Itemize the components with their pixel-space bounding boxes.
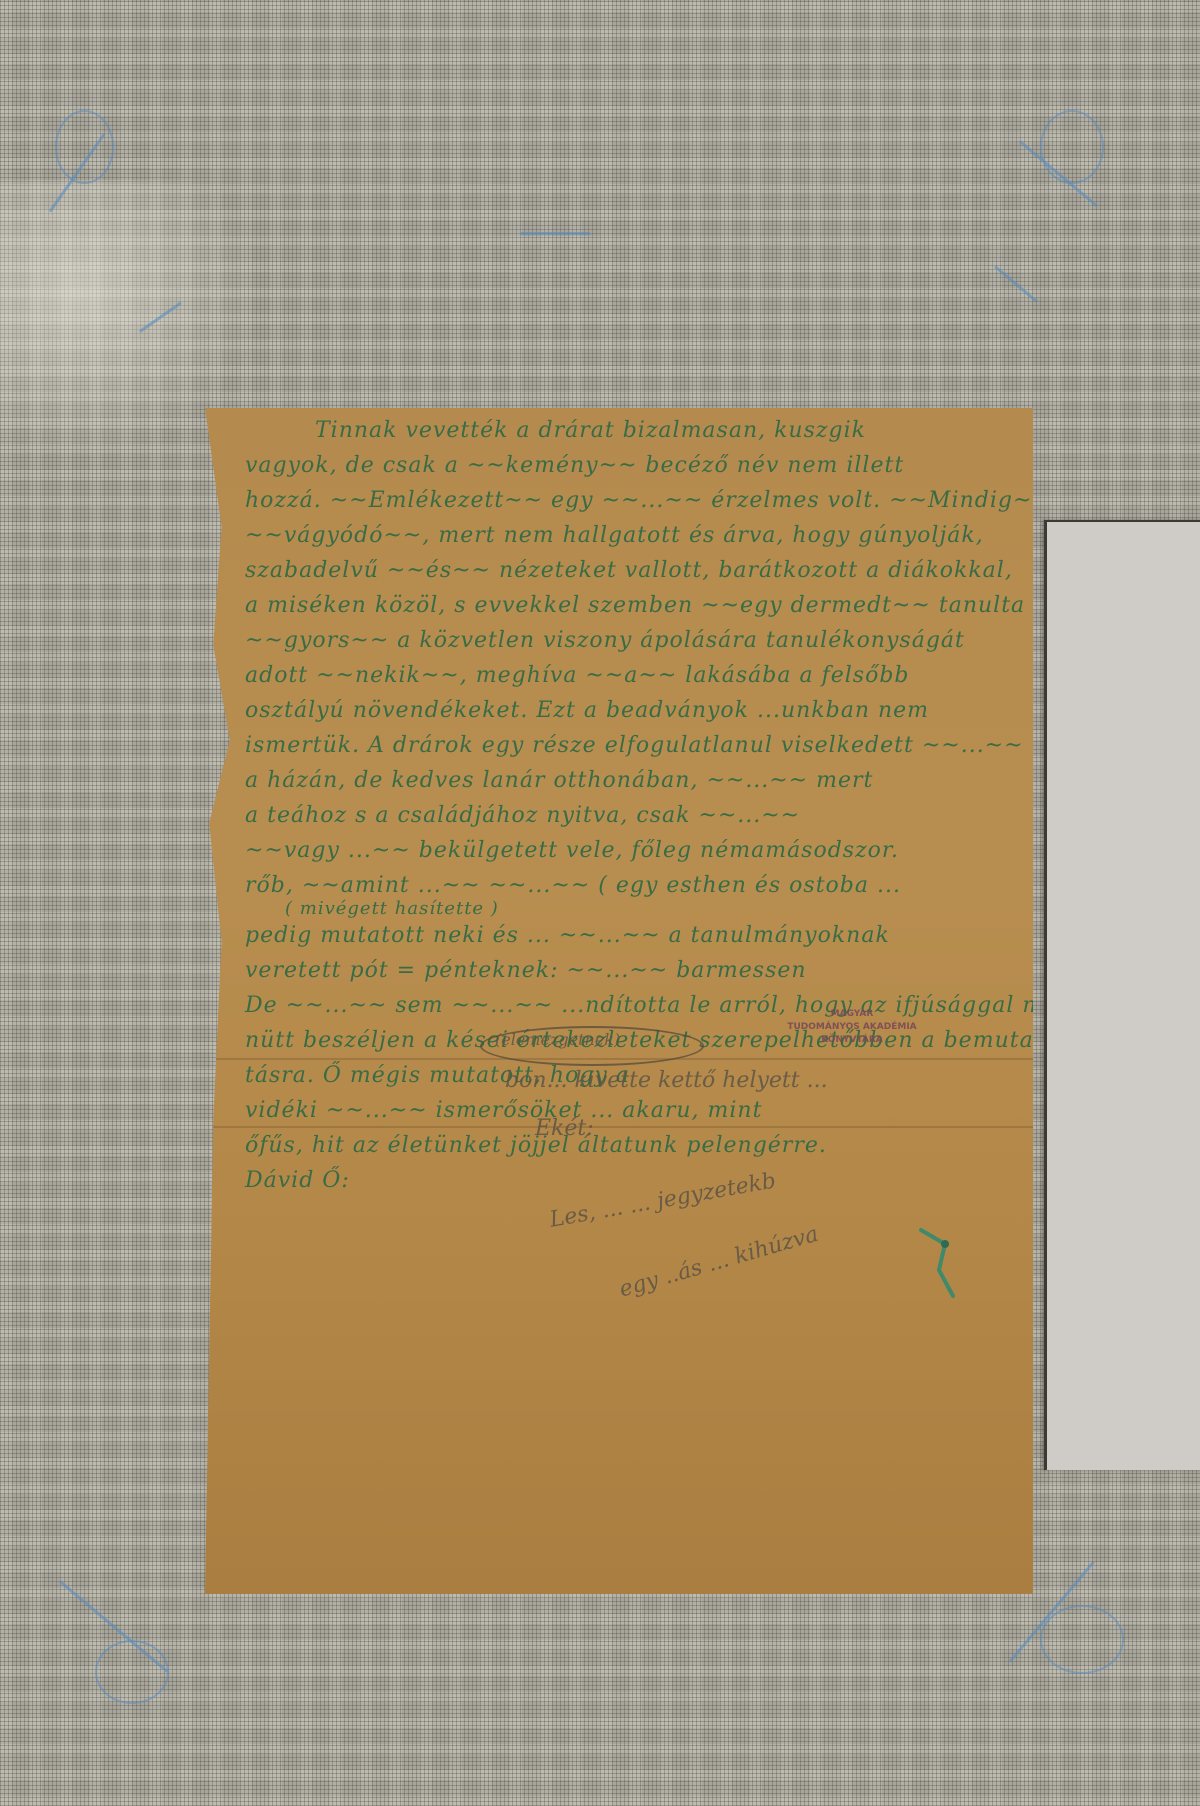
white-card [1044,520,1200,1470]
text-line: pedig mutatott neki és ... ~~...~~ a tan… [245,923,890,948]
text-line: ~~gyors~~ a közvetlen viszony ápolására … [245,628,965,653]
text-line: a miséken közöl, s evvekkel szemben ~~eg… [245,593,1025,618]
blue-pencil-mark-bottom-left [95,1640,169,1704]
green-ink-mark [919,1224,959,1304]
stamp-line: MAGYAR [787,1008,917,1021]
text-line: Dávid Ő: [245,1168,350,1193]
text-line: ~~vágyódó~~, mert nem hallgatott és árva… [245,523,984,548]
text-line: ~~vagy ...~~ bekülgetett vele, főleg ném… [245,838,899,863]
text-line: szabadelvű ~~és~~ nézeteket vallott, bar… [245,558,1013,583]
text-line: ( mivégett hasítette ) [285,898,499,919]
text-line: a házán, de kedves lanár otthonában, ~~.… [245,768,873,793]
pencil-note: Ekét: [535,1116,594,1141]
text-line: vidéki ~~...~~ ismerősöket ... akaru, mi… [245,1098,762,1123]
text-line: De ~~...~~ sem ~~...~~ ...ndította le ar… [245,993,1105,1018]
paper-fold [205,1126,1033,1128]
pencil-note: bon... kivette kettő helyett ... [505,1068,828,1093]
blue-pencil-mark-top-right [1040,110,1104,184]
text-line: veretett pót = pénteknek: ~~...~~ barmes… [245,958,807,983]
text-line: vagyok, de csak a ~~kemény~~ becéző név … [245,453,904,478]
text-line: rőb, ~~amint ...~~ ~~...~~ ( egy esthen … [245,873,901,898]
pencil-note: (elemezgetnek) [495,1030,620,1049]
text-line: osztályú növendékeket. Ezt a beadványok … [245,698,929,723]
pencil-note: egy ..ás ... kihúzva [617,1222,822,1303]
text-line: hozzá. ~~Emlékezett~~ egy ~~...~~ érzelm… [245,488,1052,513]
text-line: Tinnak vevették a drárat bizalmasan, kus… [315,418,866,443]
blue-pencil-stroke-top-center [520,232,590,235]
text-line: a teához s a családjához nyitva, csak ~~… [245,803,800,828]
library-stamp: MAGYAR TUDOMÁNYOS AKADÉMIA KÖNYVTÁRA [787,1008,917,1047]
blue-pencil-stroke-right [994,265,1038,303]
blue-pencil-mark-top-left [55,110,114,184]
stamp-line: KÖNYVTÁRA [787,1034,917,1047]
text-line: ismertük. A drárok egy része elfogulatla… [245,733,1024,758]
manuscript-page: Tinnak vevették a drárat bizalmasan, kus… [205,408,1033,1594]
stamp-line: TUDOMÁNYOS AKADÉMIA [787,1021,917,1034]
text-line: adott ~~nekik~~, meghíva ~~a~~ lakásába … [245,663,909,688]
blue-pencil-mark-bottom-right [1040,1605,1124,1674]
pencil-note: Les, ... ... jegyzetekb [548,1168,778,1232]
